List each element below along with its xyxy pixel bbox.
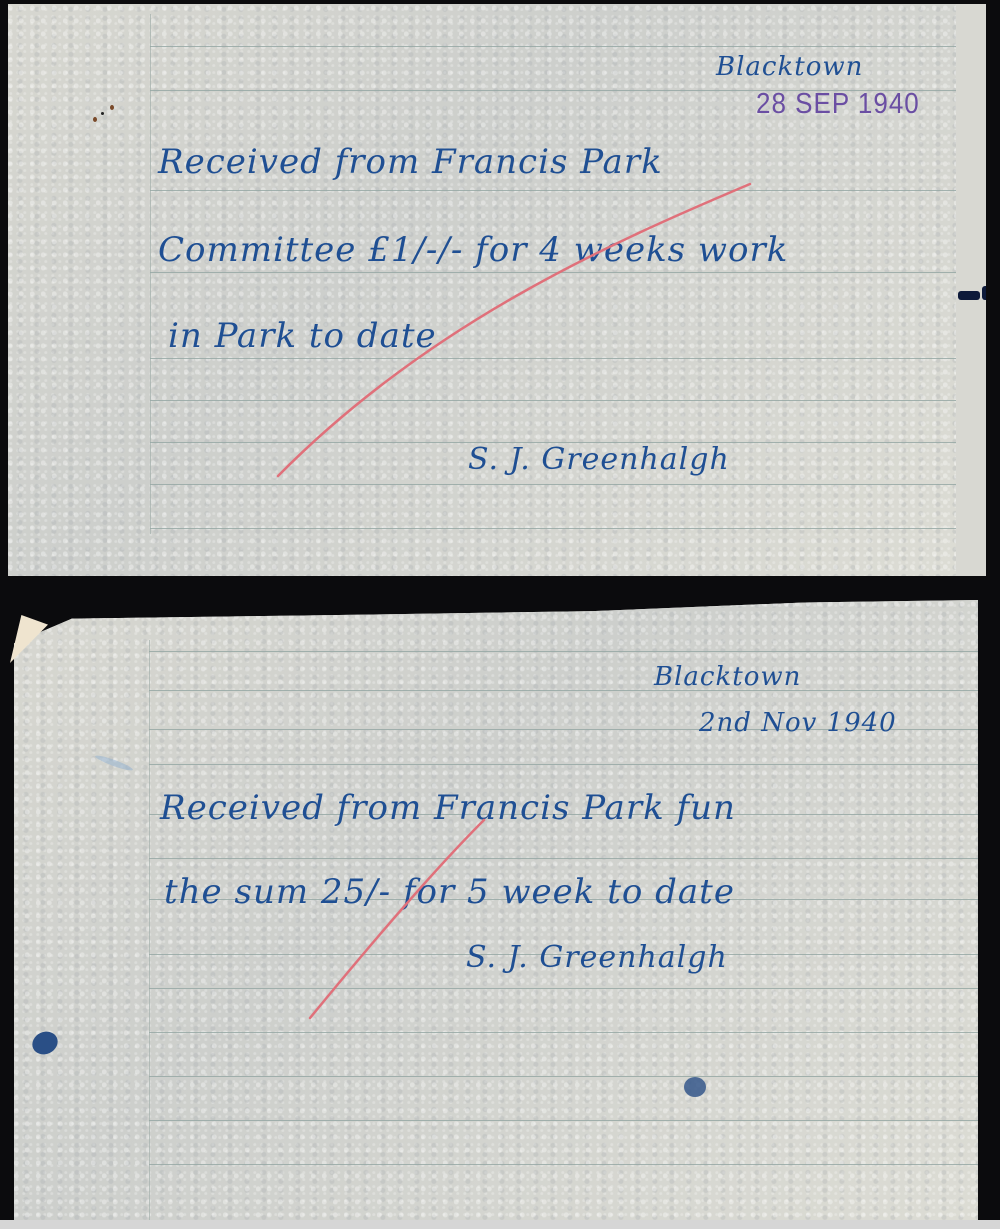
paper-spot <box>110 105 114 110</box>
date-stamp: 28 SEP 1940 <box>756 86 920 120</box>
ruled-line <box>149 764 978 765</box>
ruled-line <box>149 651 978 652</box>
receipt-line-2: the sum 25/- for 5 week to date <box>164 872 735 912</box>
receipt-line-3: in Park to date <box>168 316 437 356</box>
ruled-line <box>150 46 956 47</box>
ruled-line <box>149 690 978 691</box>
paper-spot <box>101 112 104 115</box>
margin-line <box>149 640 150 1220</box>
ink-smudge <box>94 753 134 772</box>
receipt-line-1: Received from Francis Park <box>158 142 663 182</box>
receipt-sheet-2: Blacktown 2nd Nov 1940 Received from Fra… <box>14 600 978 1220</box>
ruled-line <box>150 484 956 485</box>
ruled-line <box>149 1120 978 1121</box>
ink-blot <box>29 1028 62 1059</box>
place-name: Blacktown <box>716 52 863 82</box>
ruled-line <box>149 1076 978 1077</box>
ruled-line <box>149 988 978 989</box>
paper-spot <box>93 117 97 122</box>
ruled-line <box>149 1164 978 1165</box>
signature: S. J. Greenhalgh <box>468 442 730 477</box>
ruled-line <box>150 400 956 401</box>
ruled-line <box>149 1032 978 1033</box>
place-name: Blacktown <box>654 662 801 692</box>
receipt-sheet-1: Blacktown 28 SEP 1940 Received from Fran… <box>8 4 956 576</box>
margin-line <box>150 14 151 534</box>
signature: S. J. Greenhalgh <box>466 940 728 975</box>
bottom-border <box>0 1220 1000 1229</box>
receipt-line-1: Received from Francis Park fun <box>160 788 736 828</box>
handwritten-date: 2nd Nov 1940 <box>699 708 897 738</box>
receipt-line-2: Committee £1/-/- for 4 weeks work <box>158 230 788 270</box>
ruled-line <box>150 190 956 191</box>
ruled-line <box>150 272 956 273</box>
ink-mark <box>958 291 980 300</box>
right-edge-shadow <box>986 4 996 576</box>
ruled-line <box>150 358 956 359</box>
ruled-line <box>150 528 956 529</box>
right-edge-shadow <box>978 600 996 1220</box>
ink-blot <box>684 1077 706 1097</box>
ruled-line <box>149 858 978 859</box>
